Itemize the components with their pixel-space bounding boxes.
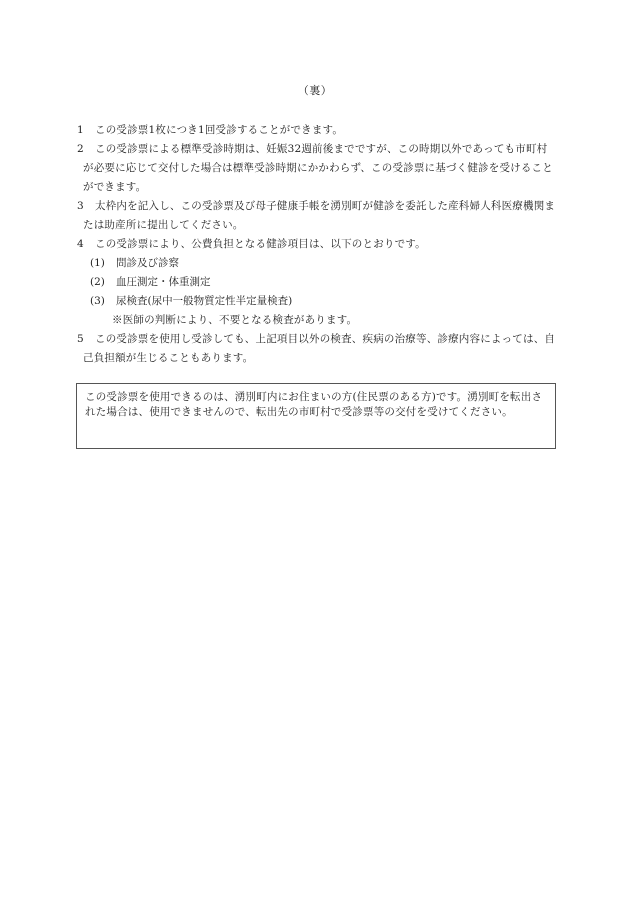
item-text: この受診票による標準受診時期は、妊娠32週前後までですが、この時期以外であっても… [83,140,557,197]
item-number: 2 [77,140,91,159]
list-item-1: 1 この受診票1枚につき1回受診することができます。 [77,121,557,140]
notice-box: この受診票を使用できるのは、湧別町内にお住まいの方(住民票のある方)です。湧別町… [76,383,556,449]
sub-item-number: (2) [90,273,105,292]
note-text: ※医師の判断により、不要となる検査があります。 [77,311,557,330]
item-text: この受診票を使用し受診しても、上記項目以外の検査、疾病の治療等、診療内容によって… [83,330,557,368]
page-title: （裏） [0,82,630,98]
item-text: 太枠内を記入し、この受診票及び母子健康手帳を湧別町が健診を委託した産科婦人科医療… [83,197,557,235]
sub-item-2: (2) 血圧測定・体重測定 [77,273,557,292]
sub-item-text: 尿検査(尿中一般物質定性半定量検査) [116,295,292,307]
instructions-list: 1 この受診票1枚につき1回受診することができます。 2 この受診票による標準受… [77,121,557,368]
item-text: この受診票により、公費負担となる健診項目は、以下のとおりです。 [83,235,557,254]
document-page: （裏） 1 この受診票1枚につき1回受診することができます。 2 この受診票によ… [0,0,630,915]
item-number: 1 [77,121,91,140]
list-item-2: 2 この受診票による標準受診時期は、妊娠32週前後までですが、この時期以外であっ… [77,140,557,197]
sub-item-1: (1) 問診及び診察 [77,254,557,273]
list-item-4: 4 この受診票により、公費負担となる健診項目は、以下のとおりです。 [77,235,557,254]
item-text: この受診票1枚につき1回受診することができます。 [83,121,557,140]
notice-text: この受診票を使用できるのは、湧別町内にお住まいの方(住民票のある方)です。湧別町… [85,390,549,420]
sub-item-number: (3) [90,292,105,311]
item-number: 4 [77,235,91,254]
list-item-3: 3 太枠内を記入し、この受診票及び母子健康手帳を湧別町が健診を委託した産科婦人科… [77,197,557,235]
item-number: 3 [77,197,91,216]
item-number: 5 [77,330,91,349]
list-item-5: 5 この受診票を使用し受診しても、上記項目以外の検査、疾病の治療等、診療内容によ… [77,330,557,368]
sub-item-3: (3) 尿検査(尿中一般物質定性半定量検査) [77,292,557,311]
sub-item-text: 血圧測定・体重測定 [116,276,211,288]
sub-item-text: 問診及び診察 [116,257,179,269]
sub-item-number: (1) [90,254,105,273]
